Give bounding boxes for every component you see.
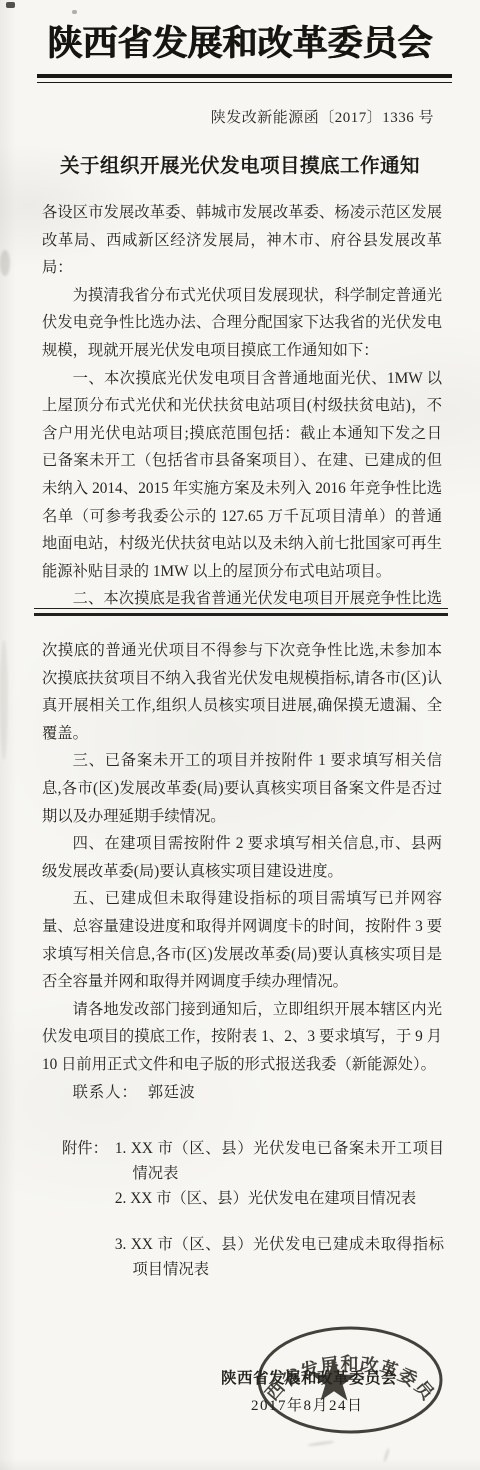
signature-agency-name: 陕西省发展和改革委员会 (221, 1366, 397, 1388)
scan-artifact-smudge (0, 250, 10, 276)
paragraph-intro: 为摸清我省分布式光伏项目发展现状，科学制定普通光伏发电竞争性比选办法、合理分配国… (42, 282, 442, 365)
signature-date: 2017年8月24日 (251, 1394, 364, 1415)
contact-person-label: 联系人： (73, 1080, 138, 1107)
attachment-item: 1. XX 市（区、县）光伏发电已备案未开工项目情况表 (115, 1136, 444, 1186)
agency-header: 陕西省发展和改革委员会 (0, 18, 480, 70)
scan-artifact-speck (72, 10, 77, 14)
paragraph-item-3: 三、已备案未开工的项目并按附件 1 要求填写相关信息,各市(区)发展改革委(局)… (42, 747, 442, 830)
attachment-item: 3. XX 市（区、县）光伏发电已建成未取得指标项目情况表 (115, 1232, 444, 1282)
contact-person-line: 联系人：郭廷波 (42, 1080, 442, 1107)
contact-block: 联系人：郭廷波 电 话：029-63913144 邮 箱：fgwgtb@163.… (42, 1080, 442, 1108)
svg-text:陕西省发展和改革委员会: 陕西省发展和改革委员会 (254, 1322, 439, 1405)
contact-phone-line: 电 话：029-63913144 (42, 1106, 442, 1107)
body-page2: 次摸底的普通光伏项目不得参与下次竞争性比选,未参加本次摸底扶贫项目不纳入我省光伏… (42, 637, 442, 1107)
paragraph-closing: 请各地发改部门接到通知后，立即组织开展本辖区内光伏发电项目的摸底工作，按附表 1… (42, 996, 442, 1079)
attachments-label: 附件： (62, 1136, 108, 1161)
paragraph-item-1: 一、本次摸底光伏发电项目含普通地面光伏、1MW 以上屋顶分布式光伏和光伏扶贫电站… (42, 365, 442, 586)
contact-person-name: 郭廷波 (148, 1084, 195, 1101)
document-number: 陕发改新能源函〔2017〕1336 号 (211, 106, 434, 127)
body-page1: 各设区市发展改革委、韩城市发展改革委、杨凌示范区发展改革局、西咸新区经济发展局，… (42, 199, 442, 611)
scanned-notice-page: 陕西省发展和改革委员会 陕发改新能源函〔2017〕1336 号 关于组织开展光伏… (0, 0, 480, 1470)
seal-curved-text: 陕西省发展和改革委员会 (254, 1322, 439, 1405)
header-rule (37, 74, 452, 83)
scan-artifact-speck (6, 2, 15, 8)
attachment-item: 2. XX 市（区、县）光伏发电在建项目情况表 (115, 1186, 444, 1211)
page-separator-rule (34, 608, 448, 616)
scan-artifact-smudge (0, 640, 8, 760)
paragraph-item-2-continued: 次摸底的普通光伏项目不得参与下次竞争性比选,未参加本次摸底扶贫项目不纳入我省光伏… (42, 637, 442, 747)
paragraph-item-5: 五、已建成但未取得建设指标的项目需填写已并网容量、总容量建设进度和取得并网调度卡… (42, 885, 442, 995)
paragraph-item-4: 四、在建项目需按附件 2 要求填写相关信息,市、县两级发展改革委(局)要认真核实… (42, 830, 442, 885)
contact-phone-label: 电 话： (73, 1106, 138, 1107)
attachments-block: 附件： 1. XX 市（区、县）光伏发电已备案未开工项目情况表 2. XX 市（… (62, 1136, 444, 1282)
recipients-line: 各设区市发展改革委、韩城市发展改革委、杨凌示范区发展改革局、西咸新区经济发展局，… (42, 199, 442, 282)
scan-artifact-smudge (308, 1440, 334, 1447)
scan-artifact-smudge (383, 1448, 390, 1462)
notice-title: 关于组织开展光伏发电项目摸底工作通知 (0, 150, 480, 178)
